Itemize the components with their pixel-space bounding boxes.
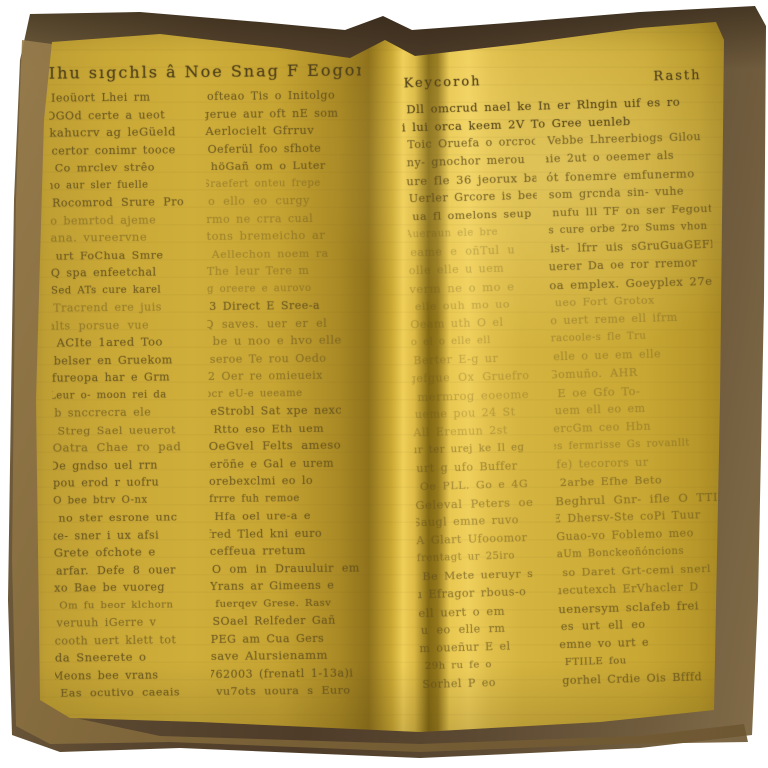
manuscript-text-line: g oreere e aurovo	[207, 279, 363, 298]
manuscript-text-line: be u noo e hvo elle	[213, 332, 368, 350]
manuscript-text-line: save Alursienamm	[211, 646, 367, 665]
manuscript-text-line: Co mrclev strêo	[55, 158, 201, 176]
manuscript-text-line: alts porsue vue	[49, 316, 195, 335]
left-page-columns: Ieoüort Lhei rmOGOd certe a ueotkahucrv …	[49, 86, 367, 702]
manuscript-text-line: Rocomrod Srure Pro	[52, 193, 198, 212]
manuscript-text-line: Leur o- moon rei da	[49, 386, 195, 405]
right-page-columns: Toic Oruefa o orcroceiiny- gnochor merou…	[405, 128, 724, 694]
manuscript-text-line: cooth uert klett tot	[55, 631, 201, 650]
manuscript-text-line: Q saves. uer er el	[205, 314, 361, 333]
left-page-column-2: ofteao Tis o Initolgogerue aur oft nE so…	[205, 86, 367, 700]
manuscript-text-line: eStrobl Sat xpe nexc	[210, 401, 366, 420]
manuscript-text-line: The leur Tere m	[207, 261, 363, 280]
manuscript-text-line: ACIte 1ared Too	[57, 333, 202, 351]
left-page-title: Ihu sıgchls â Noe Snag F Eogonul h ne	[49, 58, 361, 89]
manuscript-text-line: Oatra Chae ro pad	[53, 438, 199, 457]
manuscript-text-line: vu7ots uoura s Euro	[216, 682, 367, 700]
right-page: Keycoroh Rasth Dll omcrud nael ke In er …	[403, 68, 724, 694]
manuscript-text-line: belser en Gruekom	[54, 351, 200, 370]
manuscript-text-line: OeGvel Felts ameso	[209, 436, 365, 455]
manuscript-text-line: Aellechon noem ra	[212, 244, 368, 262]
manuscript-text-line: Oeferül foo sfhote	[207, 139, 363, 158]
manuscript-text-line: da Sneerete o	[55, 648, 201, 667]
manuscript-text-line: 2 Oer re omieueix	[208, 366, 364, 385]
manuscript-text-line: OGOd certe a ueot	[49, 106, 192, 125]
manuscript-text-line: no ster esrone unc	[58, 508, 201, 526]
manuscript-text-line: certor conimr tooce	[51, 141, 197, 160]
manuscript-text-line: Rtto eso Eth uem	[213, 419, 367, 437]
manuscript-text-line: kahucrv ag leGüeld	[49, 123, 195, 142]
manuscript-text-line: fuerqev Grese. Rasv	[215, 594, 367, 612]
manuscript-text-line: arfar. Defe 8 ouer	[56, 561, 201, 580]
manuscript-text-line: o ello eo curgy	[208, 191, 364, 210]
manuscript-text-line: seroe Te rou Oedo	[210, 349, 366, 368]
manuscript-text-line: orebexclmi eo lo	[209, 471, 365, 490]
running-header: Keycoroh	[403, 74, 481, 91]
photo-background: Ihu sıgchls â Noe Snag F Eogonul h ne Ie…	[0, 0, 768, 768]
manuscript-text-line: höGañ om o Luter	[211, 157, 367, 175]
manuscript-text-line: 3 Direct E Sree-a	[209, 296, 365, 315]
open-book: Ihu sıgchls â Noe Snag F Eogonul h ne Ie…	[0, 0, 768, 768]
right-page-column-1: Toic Oruefa o orcroceiiny- gnochor merou…	[405, 133, 551, 694]
manuscript-text-line: gerue aur oft nE som	[205, 104, 358, 123]
manuscript-text-line: ocr eU-e ueeame	[205, 384, 361, 403]
manuscript-text-line: xe- sner i ux afsi	[51, 526, 197, 545]
manuscript-text-line: SOael Relfeder Gañ	[212, 611, 367, 630]
manuscript-text-line: ana. vureervne	[50, 228, 196, 247]
manuscript-text-line: Ieoüort Lhei rm	[51, 88, 197, 107]
manuscript-text-line: Q spa enfeetchal	[51, 263, 197, 282]
manuscript-text-line: Sed ATs cure karel	[51, 281, 197, 300]
manuscript-text-line: o bemrtod ajeme	[50, 211, 196, 230]
manuscript-text-line: veruuh iGerre v	[56, 613, 201, 632]
manuscript-text-line: Sraefert onteu frepe	[205, 174, 359, 193]
manuscript-text-line: Yrans ar Gimeens e	[210, 576, 366, 595]
manuscript-text-line: Sorhel P eo	[422, 672, 550, 694]
manuscript-text-line: Hfa oel ure-a e	[214, 507, 367, 525]
manuscript-text-line: Om fu beor klchorn	[59, 596, 201, 614]
manuscript-text-line: xo Bae be vuoreg	[54, 578, 200, 597]
manuscript-text-line: De gndso uel rrn	[50, 456, 196, 475]
manuscript-text-line: frrre fuh remoe	[209, 489, 365, 508]
manuscript-text-line: leröñe e Gal e urem	[206, 454, 362, 473]
page-label: Rasth	[653, 68, 702, 84]
manuscript-text-line: b snccrecra ele	[54, 403, 200, 422]
manuscript-text-line: 762003 (frenatl 1-13a)i	[208, 664, 364, 683]
left-page: Ihu sıgchls â Noe Snag F Eogonul h ne Ie…	[49, 58, 368, 702]
manuscript-text-line: Grete ofchote e	[54, 543, 200, 562]
manuscript-text-line: PEG am Cua Gers	[211, 629, 367, 648]
manuscript-text-line: ceffeua rretum	[210, 541, 366, 560]
manuscript-text-line: urt FoChua Smre	[56, 246, 202, 264]
manuscript-text-line: ofteao Tis o Initolgo	[207, 86, 363, 105]
manuscript-text-line: Meons bee vrans	[52, 666, 198, 685]
right-page-column-2: Vebbe Lhreerbiogs Gilouaie 2ut o oeemer …	[545, 128, 725, 690]
manuscript-text-line: fred Tled kni euro	[207, 524, 363, 543]
manuscript-text-line: Eas ocutivo caeais	[60, 683, 201, 701]
manuscript-text-line: O bee btrv O-nx	[53, 491, 199, 510]
manuscript-text-line: tons bremeicho ar	[206, 226, 362, 245]
manuscript-text-line: fureopa har e Grm	[52, 368, 198, 387]
manuscript-text-line: O om in Drauuluir em	[212, 559, 367, 578]
manuscript-text-line: Tracrend ere juis	[53, 298, 199, 317]
manuscript-text-line: rmo ne crra cual	[206, 209, 362, 228]
manuscript-text-line: Aerlocielt Gfrruv	[205, 121, 361, 140]
manuscript-text-line: Streg Sael ueuerot	[57, 421, 201, 439]
manuscript-text-line: pou erod r uofru	[53, 473, 199, 492]
left-page-column-1: Ieoüort Lhei rmOGOd certe a ueotkahucrv …	[49, 88, 201, 702]
manuscript-text-line: no aur sler fuelle	[49, 176, 193, 195]
